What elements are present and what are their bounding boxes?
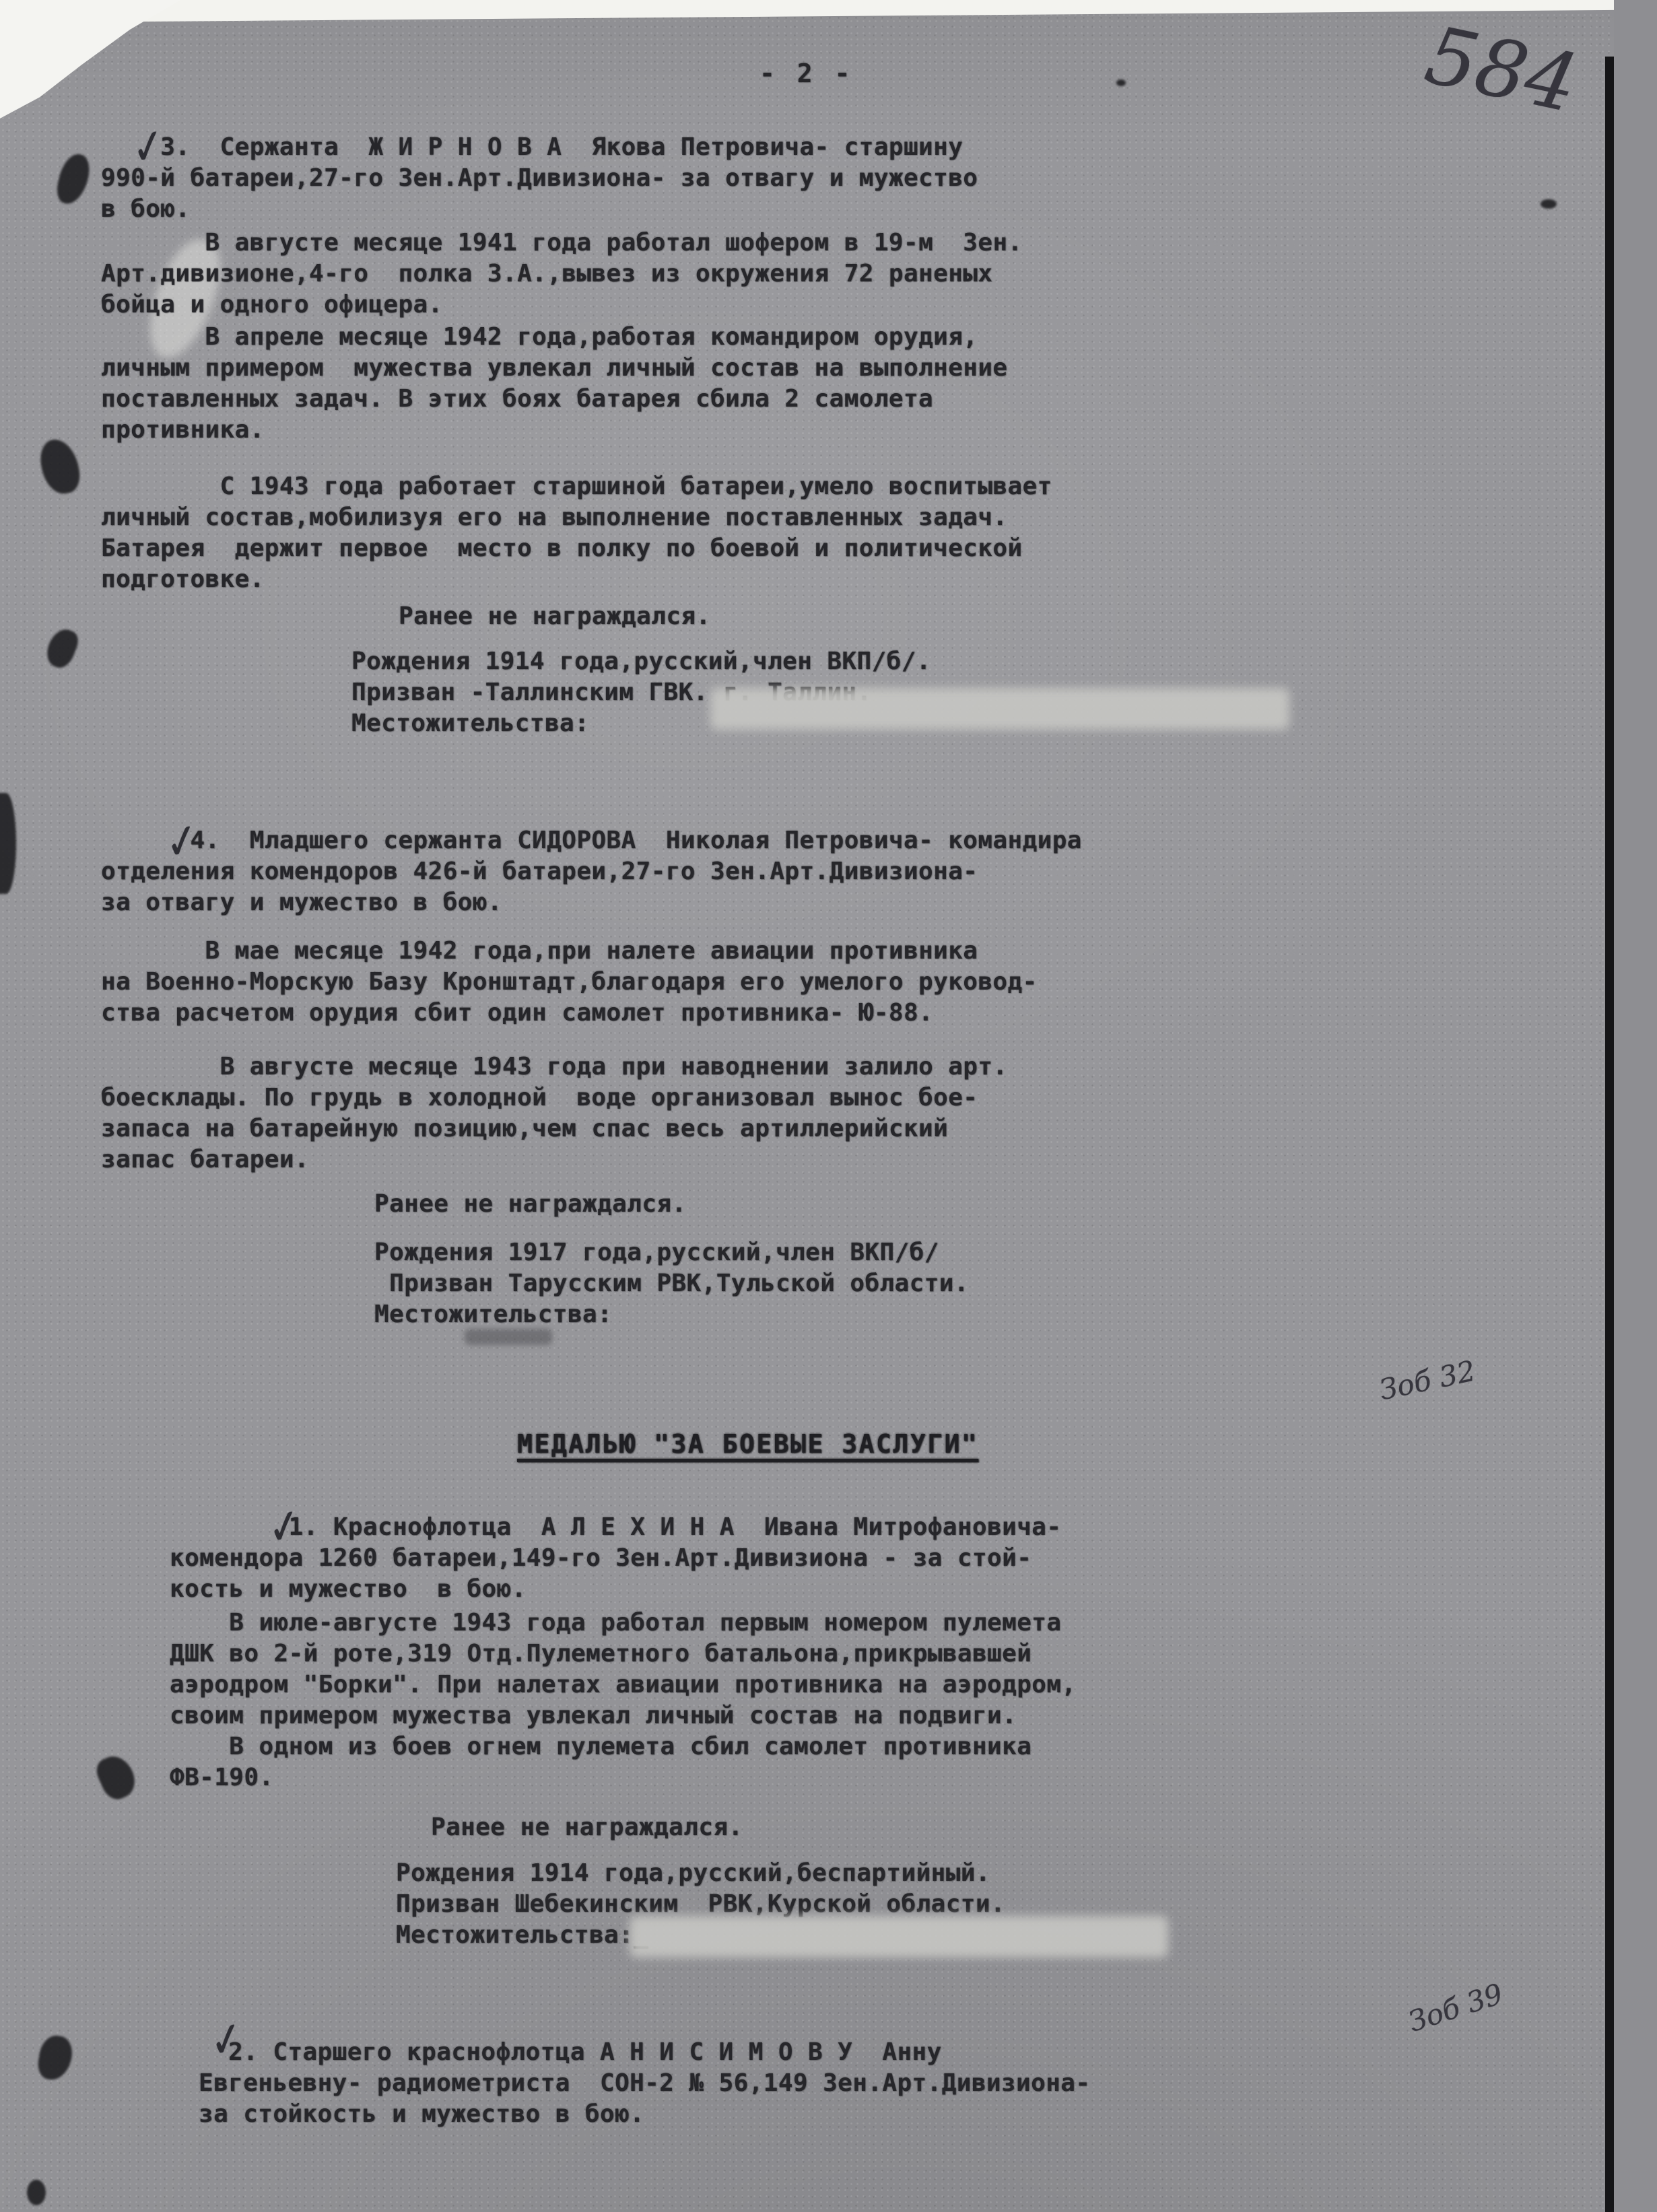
entry-4-personal-data: Рождения 1917 года,русский,член ВКП/б/ П… (374, 1237, 1586, 1330)
entry-2-header: 2. Старшего краснофлотца А Н И С И М О В… (199, 2037, 1613, 2130)
paper-speck (27, 2180, 46, 2205)
page-number: - 2 - (759, 58, 853, 89)
paper-tear-edge (0, 793, 16, 894)
entry-3-no-award-line: Ранее не награждался. (399, 601, 711, 632)
entry-3-paragraph-3: С 1943 года работает старшиной батареи,у… (101, 471, 1549, 595)
entry-3-header: 3. Сержанта Ж И Р Н О В А Якова Петрович… (101, 132, 1549, 225)
handwritten-annotation: Зоб 32 (1376, 1354, 1478, 1407)
scanned-document-page: - 2 - 584 ✓ 3. Сержанта Ж И Р Н О В А Як… (0, 0, 1657, 2212)
entry-1-header: 1. Краснофлотца А Л Е Х И Н А Ивана Митр… (170, 1512, 1584, 1605)
paper-hole (42, 625, 81, 671)
paper-hole (36, 2034, 75, 2083)
entry-4-header: 4. Младшего сержанта СИДОРОВА Николая Пе… (101, 825, 1549, 918)
entry-4-no-award-line: Ранее не награждался. (374, 1189, 687, 1220)
entry-1-redaction-smudge (630, 1916, 1168, 1958)
scan-edge-top (0, 0, 1657, 23)
paper-hole (53, 151, 93, 207)
folio-number: 584 (1418, 8, 1586, 131)
paper-hole (37, 436, 83, 497)
entry-1-paragraph-1: В июле-августе 1943 года работал первым … (170, 1608, 1584, 1793)
entry-3-paragraph-2: В апреле месяце 1942 года,работая команд… (101, 322, 1549, 446)
paper-speck (1116, 79, 1126, 86)
section-heading: МЕДАЛЬЮ "ЗА БОЕВЫЕ ЗАСЛУГИ" (517, 1428, 978, 1459)
entry-1-no-award-line: Ранее не награждался. (431, 1812, 743, 1843)
scan-edge-right-band (1614, 0, 1657, 2212)
entry-3-paragraph-1: В августе месяце 1941 года работал шофер… (101, 228, 1549, 320)
ink-blot (92, 1751, 141, 1804)
entry-4-paragraph-1: В мае месяце 1942 года,при налете авиаци… (101, 936, 1549, 1029)
entry-4-paragraph-2: В августе месяце 1943 года при наводнени… (101, 1051, 1549, 1175)
entry-3-redaction-smudge (710, 688, 1289, 730)
handwritten-annotation: Зоб 39 (1405, 1977, 1507, 2038)
entry-4-ink-smudge (465, 1329, 552, 1345)
